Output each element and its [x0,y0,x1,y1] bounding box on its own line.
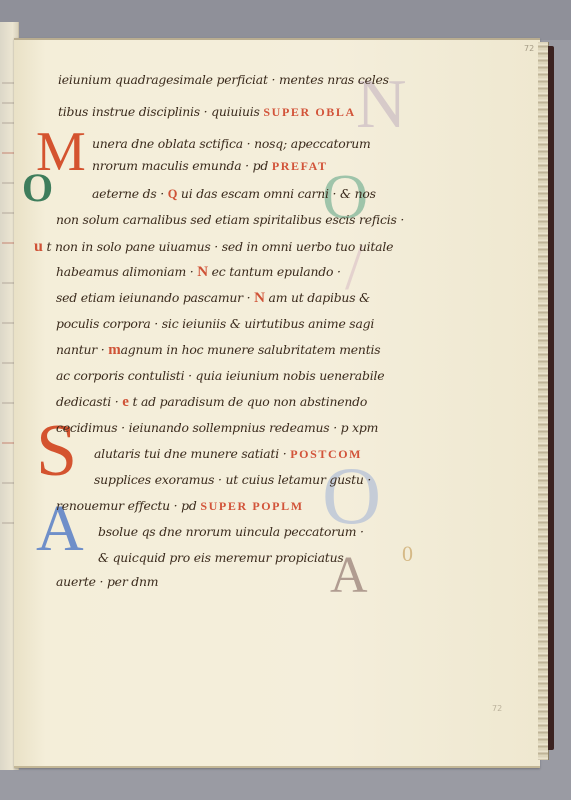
text-line-8: habeamus alimoniam · N ec tantum epuland… [56,264,341,281]
rubric-prefat: PREFAT [272,159,328,173]
text-line-4: nrorum maculis emunda · pd PREFAT [92,158,328,174]
text-line-19: & quicquid pro eis meremur propiciatus [98,550,344,565]
text-line-11: nantur · magnum in hoc munere salubritat… [56,342,380,359]
initial-e: e [122,394,128,410]
text-line-10: poculis corpora · sic ieiuniis & uirtuti… [56,316,374,331]
rubric-super-obla: SUPER OBLA [263,105,355,119]
rubric-postcom: POSTCOM [290,447,362,461]
text-line-3: unera dne oblata sctifica · nosq; apecca… [92,136,371,151]
text-line-20: auerte · per dnm [56,574,158,589]
bottom-mark: 72 [492,704,502,713]
text-line-6: non solum carnalibus sed etiam spiritali… [56,212,404,227]
initial-q: Q [168,187,177,201]
folio-number: 72 [524,44,534,53]
text-line-15: alutaris tui dne munere satiati · POSTCO… [94,446,362,462]
initial-o: O [22,168,53,208]
text-line-12: ac corporis contulisti · quia ieiunium n… [56,368,384,383]
initial-n2: N [254,290,265,306]
text-line-1: ieiunium quadragesimale perficiat · ment… [58,72,389,87]
text-line-18: bsolue qs dne nrorum uincula peccatorum … [98,524,364,539]
text-line-14: cecidimus · ieiunando sollempnius redeam… [56,420,378,435]
text-line-16: supplices exoramus · ut cuius letamur gu… [94,472,371,487]
text-line-2: tibus instrue disciplinis · quiuiuis SUP… [58,104,356,120]
initial-n1: N [197,264,208,280]
showthrough-initial-o3: 0 [402,543,413,565]
text-line-7: u t non in solo pane uiuamus · sed in om… [34,238,393,256]
text-line-17: renouemur effectu · pd SUPER POPLM [56,498,304,514]
initial-m2: m [108,342,120,358]
text-line-9: sed etiam ieiunando pascamur · N am ut d… [56,290,370,307]
rubric-super-poplm: SUPER POPLM [200,499,303,513]
book-cover [548,46,554,750]
initial-u: u [34,238,43,255]
background-top [0,0,571,40]
text-line-13: dedicasti · e t ad paradisum de quo non … [56,394,367,411]
text-line-5: aeterne ds · Q ui das escam omni carni ·… [92,186,376,202]
